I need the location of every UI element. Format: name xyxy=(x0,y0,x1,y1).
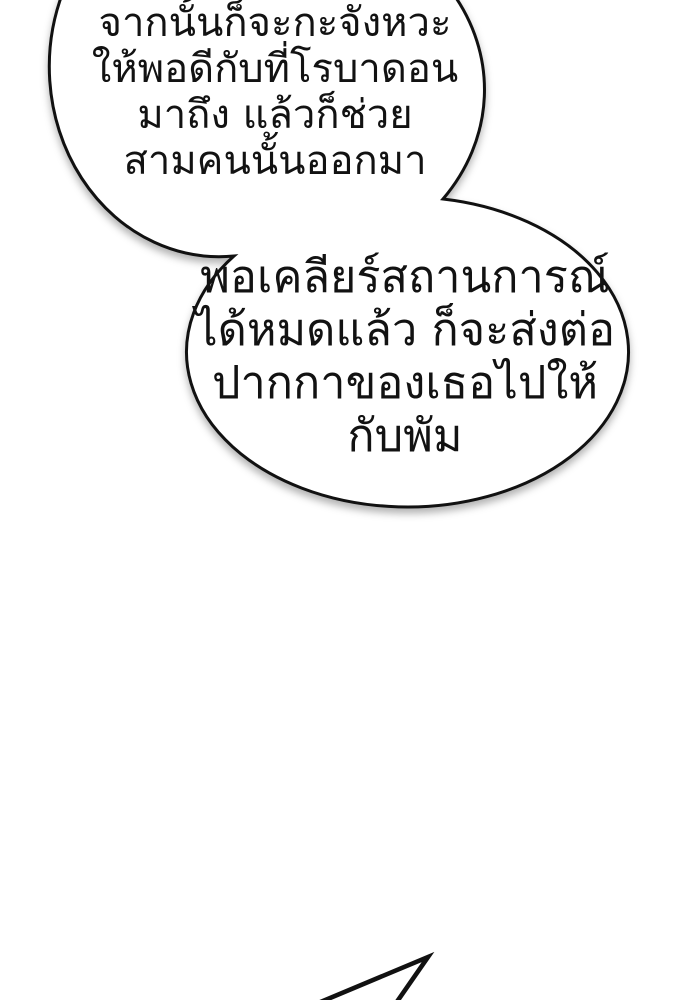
speech-bubble-top-text: จากนั้นก็จะกะจังหวะ ให้พอดีกับที่โรบาดอน… xyxy=(55,0,495,184)
comic-panel: จากนั้นก็จะกะจังหวะ ให้พอดีกับที่โรบาดอน… xyxy=(0,0,700,1000)
speech-line: จากนั้นก็จะกะจังหวะ xyxy=(55,0,495,46)
speech-line: มาถึง แล้วก็ช่วย xyxy=(55,92,495,138)
bubble-tail-tip xyxy=(311,957,428,1000)
speech-line: พอเคลียร์สถานการณ์ xyxy=(185,250,625,303)
speech-line: ปากกาของเธอไปให้ xyxy=(185,356,625,409)
speech-bubble-bottom-text: พอเคลียร์สถานการณ์ ได้หมดแล้ว ก็จะส่งต่อ… xyxy=(185,250,625,462)
speech-line: กับพัม xyxy=(185,409,625,462)
speech-line: ได้หมดแล้ว ก็จะส่งต่อ xyxy=(185,303,625,356)
speech-line: ให้พอดีกับที่โรบาดอน xyxy=(55,46,495,92)
speech-line: สามคนนั้นออกมา xyxy=(55,138,495,184)
